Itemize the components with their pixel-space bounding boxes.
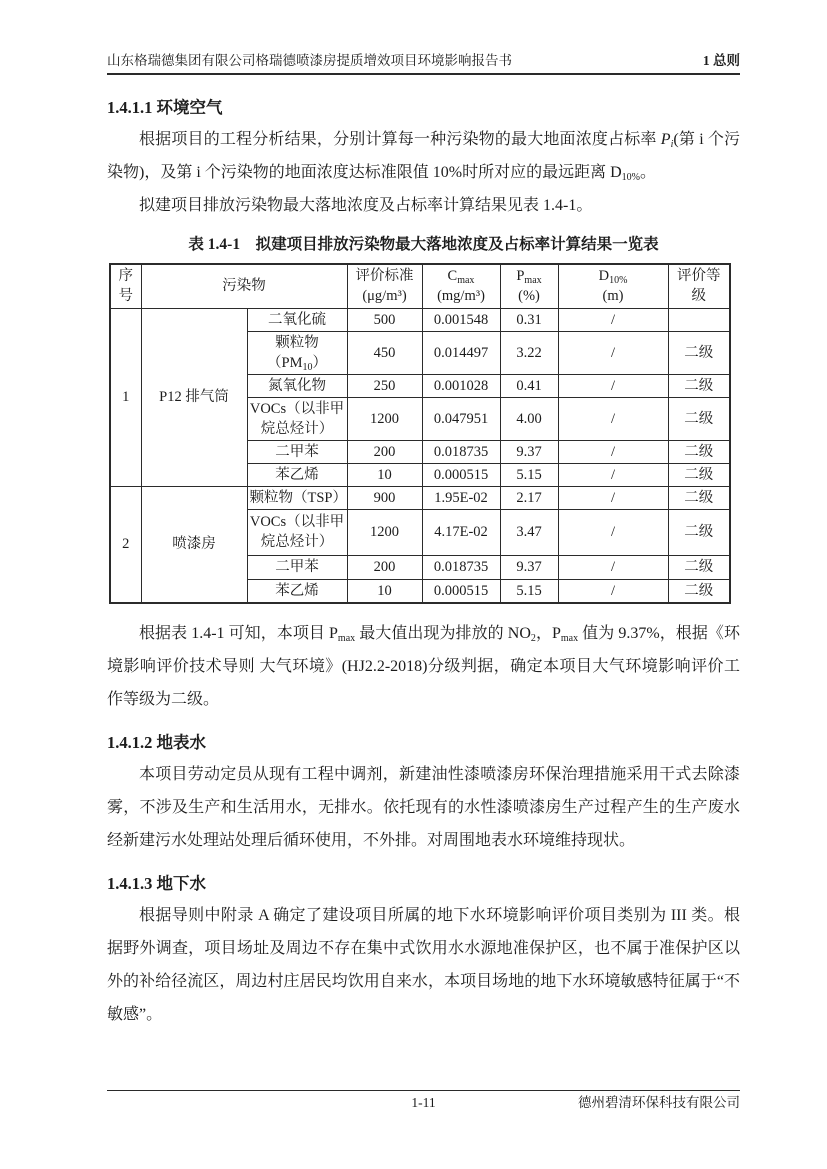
section-heading-air: 1.4.1.1 环境空气	[107, 97, 740, 119]
col-header-no: 序号	[110, 264, 141, 308]
pi-symbol: P	[661, 131, 671, 148]
paragraph-conclusion: 根据表 1.4-1 可知，本项目 Pmax 最大值出现为排放的 NO2，Pmax…	[107, 617, 740, 716]
no2-subscript: 2	[531, 633, 536, 644]
cell-grade	[668, 308, 730, 331]
standard-label: 评价标准	[356, 268, 414, 284]
cell-pmax: 3.47	[500, 509, 558, 555]
cell-standard: 500	[347, 308, 422, 331]
col-header-grade: 评价等级	[668, 264, 730, 308]
paragraph-air-2: 拟建项目排放污染物最大落地浓度及占标率计算结果见表 1.4-1。	[107, 189, 740, 222]
cell-pmax: 5.15	[500, 463, 558, 486]
pmax-subscript: max	[338, 633, 355, 644]
cell-grade: 二级	[668, 555, 730, 579]
cmax-label: C	[448, 268, 458, 284]
cell-pmax: 0.41	[500, 374, 558, 397]
cell-grade: 二级	[668, 397, 730, 440]
d10-subscript: 10%	[609, 275, 627, 286]
cell-cmax: 4.17E-02	[422, 509, 500, 555]
cell-grade: 二级	[668, 440, 730, 463]
cell-pmax: 2.17	[500, 486, 558, 509]
cell-cmax: 1.95E-02	[422, 486, 500, 509]
cell-standard: 1200	[347, 509, 422, 555]
text-segment: 根据表 1.4-1 可知，本项目 P	[139, 625, 338, 642]
cell-grade: 二级	[668, 509, 730, 555]
cell-grade: 二级	[668, 486, 730, 509]
cell-pollutant: 二氧化硫	[247, 308, 347, 331]
cell-grade: 二级	[668, 374, 730, 397]
cell-pmax: 5.15	[500, 579, 558, 603]
pmax-subscript: max	[561, 633, 578, 644]
cell-pollutant: 颗粒物（PM10）	[247, 331, 347, 374]
cell-standard: 450	[347, 331, 422, 374]
cell-standard: 200	[347, 555, 422, 579]
cell-pmax: 3.22	[500, 331, 558, 374]
cell-standard: 1200	[347, 397, 422, 440]
cell-d10: /	[558, 509, 668, 555]
cell-pollutant: 氮氧化物	[247, 374, 347, 397]
cell-standard: 250	[347, 374, 422, 397]
cell-pmax: 0.31	[500, 308, 558, 331]
cell-standard: 900	[347, 486, 422, 509]
col-header-d10: D10%(m)	[558, 264, 668, 308]
paragraph-groundwater: 根据导则中附录 A 确定了建设项目所属的地下水环境影响评价项目类别为 III 类…	[107, 899, 740, 1031]
pmax-subscript: max	[524, 275, 541, 286]
cell-pollutant: 苯乙烯	[247, 579, 347, 603]
header-document-title: 山东格瑞德集团有限公司格瑞德喷漆房提质增效项目环境影响报告书	[107, 52, 512, 69]
cell-cmax: 0.018735	[422, 440, 500, 463]
text-segment: 最大值出现为排放的 NO	[355, 625, 531, 642]
page-content: 山东格瑞德集团有限公司格瑞德喷漆房提质增效项目环境影响报告书 1 总则 1.4.…	[107, 0, 740, 1031]
cell-d10: /	[558, 308, 668, 331]
page-header: 山东格瑞德集团有限公司格瑞德喷漆房提质增效项目环境影响报告书 1 总则	[107, 0, 740, 75]
cell-pollutant: VOCs（以非甲烷总烃计）	[247, 509, 347, 555]
table-title: 表 1.4-1 拟建项目排放污染物最大落地浓度及占标率计算结果一览表	[107, 234, 740, 255]
paragraph-surface-water: 本项目劳动定员从现有工程中调剂，新建油性漆喷漆房环保治理措施采用干式去除漆雾，不…	[107, 758, 740, 857]
pollutant-table: 序号 污染物 评价标准(μg/m³) Cmax(mg/m³) Pmax(%) D…	[109, 263, 731, 604]
cell-d10: /	[558, 397, 668, 440]
pm10-subscript: 10	[302, 362, 312, 373]
col-header-pollutant: 污染物	[141, 264, 347, 308]
cell-d10: /	[558, 486, 668, 509]
cell-grade: 二级	[668, 331, 730, 374]
d10-label: D	[599, 268, 609, 284]
cell-group-no: 1	[110, 308, 141, 486]
cell-standard: 10	[347, 463, 422, 486]
cell-cmax: 0.001028	[422, 374, 500, 397]
d10-subscript: 10%	[622, 172, 640, 183]
cell-grade: 二级	[668, 463, 730, 486]
table-row: 2 喷漆房 颗粒物（TSP） 900 1.95E-02 2.17 / 二级	[110, 486, 730, 509]
cell-cmax: 0.014497	[422, 331, 500, 374]
pollutant-text: ）	[312, 355, 327, 371]
cell-cmax: 0.047951	[422, 397, 500, 440]
cell-pollutant: 二甲苯	[247, 555, 347, 579]
section-heading-surface-water: 1.4.1.2 地表水	[107, 732, 740, 754]
cell-cmax: 0.001548	[422, 308, 500, 331]
cell-d10: /	[558, 440, 668, 463]
cmax-subscript: max	[457, 275, 474, 286]
footer-company-name: 德州碧清环保科技有限公司	[578, 1094, 740, 1111]
cell-d10: /	[558, 555, 668, 579]
cmax-unit: (mg/m³)	[437, 288, 485, 304]
text-segment: 。	[640, 164, 656, 181]
cell-d10: /	[558, 463, 668, 486]
table-row: 1 P12 排气筒 二氧化硫 500 0.001548 0.31 /	[110, 308, 730, 331]
cell-cmax: 0.000515	[422, 579, 500, 603]
pi-subscript: i	[671, 139, 674, 150]
section-heading-groundwater: 1.4.1.3 地下水	[107, 873, 740, 895]
cell-pmax: 9.37	[500, 440, 558, 463]
cell-pollutant: 二甲苯	[247, 440, 347, 463]
cell-source: P12 排气筒	[141, 308, 247, 486]
page-footer: 1-11 德州碧清环保科技有限公司	[107, 1090, 740, 1111]
cell-group-no: 2	[110, 486, 141, 603]
text-segment: ，P	[536, 625, 561, 642]
table-header-row: 序号 污染物 评价标准(μg/m³) Cmax(mg/m³) Pmax(%) D…	[110, 264, 730, 308]
cell-d10: /	[558, 331, 668, 374]
col-header-cmax: Cmax(mg/m³)	[422, 264, 500, 308]
cell-source: 喷漆房	[141, 486, 247, 603]
cell-pollutant: 苯乙烯	[247, 463, 347, 486]
cell-cmax: 0.018735	[422, 555, 500, 579]
text-segment: 根据项目的工程分析结果，分别计算每一种污染物的最大地面浓度占标率	[139, 131, 661, 148]
cell-pmax: 9.37	[500, 555, 558, 579]
col-header-pmax: Pmax(%)	[500, 264, 558, 308]
col-header-standard: 评价标准(μg/m³)	[347, 264, 422, 308]
cell-pmax: 4.00	[500, 397, 558, 440]
cell-standard: 10	[347, 579, 422, 603]
cell-standard: 200	[347, 440, 422, 463]
cell-d10: /	[558, 374, 668, 397]
pmax-unit: (%)	[518, 288, 540, 304]
d10-unit: (m)	[603, 288, 624, 304]
header-chapter-label: 1 总则	[703, 52, 740, 69]
cell-cmax: 0.000515	[422, 463, 500, 486]
cell-pollutant: VOCs（以非甲烷总烃计）	[247, 397, 347, 440]
standard-unit: (μg/m³)	[362, 288, 406, 304]
cell-grade: 二级	[668, 579, 730, 603]
paragraph-air-1: 根据项目的工程分析结果，分别计算每一种污染物的最大地面浓度占标率 Pi(第 i …	[107, 123, 740, 189]
cell-d10: /	[558, 579, 668, 603]
cell-pollutant: 颗粒物（TSP）	[247, 486, 347, 509]
